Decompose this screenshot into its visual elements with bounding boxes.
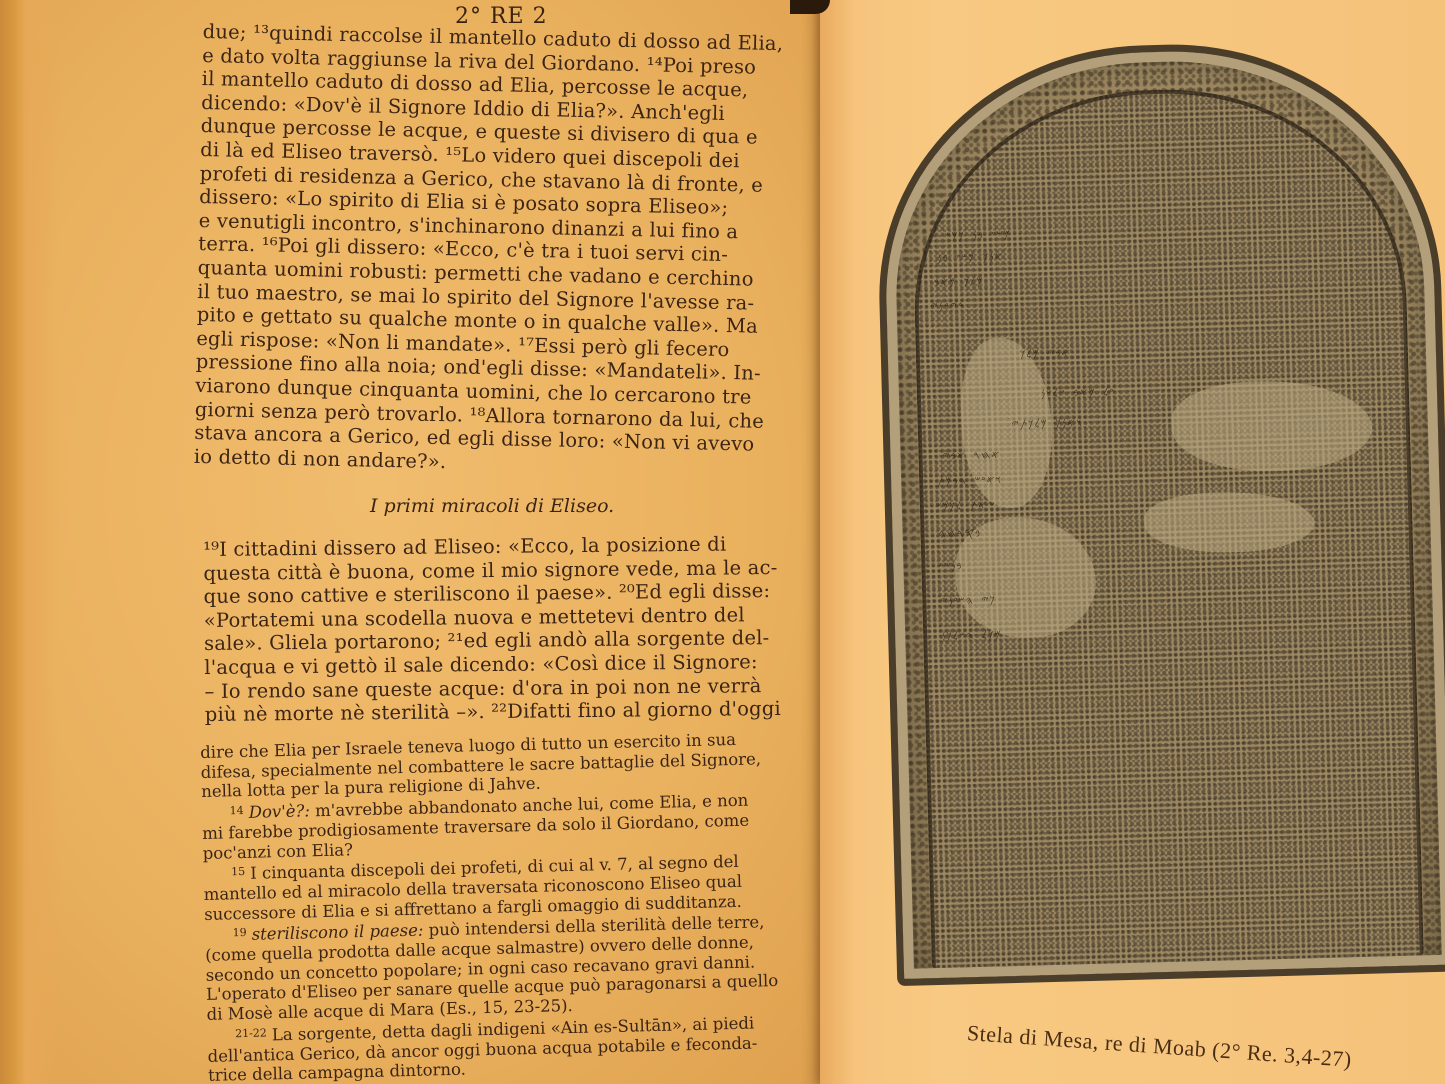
- inscription-line: 𐤅𐤀𐤍𐤊 𐤌𐤋𐤊𐤕𐤉: [1012, 416, 1083, 432]
- inscription-line: 𐤁𐤒𐤓𐤇𐤄: [938, 527, 981, 542]
- footnote-number: 14: [230, 804, 244, 817]
- stele-inscribed-face: 𐤌𐤔𐤏 𐤁𐤍 𐤊𐤌𐤔 𐤀𐤍𐤊 𐤌𐤔𐤏 𐤁𐤍 𐤌𐤋𐤊 𐤌𐤀𐤁 𐤃𐤉𐤁𐤍𐤉 𐤀𐤁𐤉 …: [909, 84, 1424, 969]
- section-text-block: ¹⁹I cittadini dissero ad Eliseo: «Ecco, …: [203, 532, 795, 727]
- open-book-spread: 2° RE 2 due; ¹³quindi raccolse il mantel…: [0, 0, 1445, 1084]
- stele-stone: 𐤌𐤔𐤏 𐤁𐤍 𐤊𐤌𐤔 𐤀𐤍𐤊 𐤌𐤔𐤏 𐤁𐤍 𐤌𐤋𐤊 𐤌𐤀𐤁 𐤃𐤉𐤁𐤍𐤉 𐤀𐤁𐤉 …: [873, 38, 1445, 986]
- inscription-line: 𐤀𐤍𐤊 𐤌𐤔𐤏 𐤁𐤍: [937, 250, 1004, 266]
- inscription-line: 𐤌𐤋𐤊 𐤌𐤀𐤁: [934, 275, 984, 290]
- inscription-line: 𐤁𐤍𐤔𐤏: [939, 559, 962, 574]
- footnote-number: 21-22: [235, 1026, 267, 1040]
- footnotes: dire che Elia per Israele teneva luogo d…: [200, 729, 798, 1084]
- inscription-line: 𐤊𐤉 𐤄𐤔𐤏𐤍𐤉: [940, 593, 996, 608]
- inscription-line: 𐤏𐤋 𐤌𐤀𐤁 𐤔𐤋𐤔𐤍: [1041, 385, 1115, 401]
- main-text-block: due; ¹³quindi raccolse il mantello cadut…: [194, 20, 793, 481]
- mesha-stele-illustration: 𐤌𐤔𐤏 𐤁𐤍 𐤊𐤌𐤔 𐤀𐤍𐤊 𐤌𐤔𐤏 𐤁𐤍 𐤌𐤋𐤊 𐤌𐤀𐤁 𐤃𐤉𐤁𐤍𐤉 𐤀𐤁𐤉 …: [868, 38, 1445, 982]
- inscription-line: 𐤃𐤉𐤁𐤍𐤉: [930, 299, 964, 314]
- text-line: più nè morte nè sterilità –». ²²Difatti …: [205, 697, 795, 727]
- stone-fragment-patch: [1171, 379, 1373, 474]
- footnote-number: 15: [231, 865, 245, 878]
- stone-fragment-patch: [1144, 490, 1316, 554]
- inscription-line: 𐤆𐤀𐤕 𐤋𐤊𐤌𐤔: [936, 498, 997, 514]
- footnote-lemma: Dov'è?:: [248, 801, 310, 821]
- section-heading: I primi miracoli di Eliseo.: [370, 495, 614, 517]
- inscription-line: 𐤀𐤁𐤉 𐤌𐤋𐤊: [1020, 346, 1071, 361]
- footnote-number: 19: [232, 926, 246, 939]
- left-page: 2° RE 2 due; ¹³quindi raccolse il mantel…: [0, 0, 835, 1084]
- inscription-line: 𐤌𐤔𐤏 𐤁𐤍 𐤊𐤌𐤔: [945, 228, 1011, 244]
- inscription-line: 𐤀𐤇𐤓 𐤀𐤁𐤉: [942, 448, 1000, 464]
- inscription-line: 𐤌𐤊𐤋 𐤄𐤔𐤋𐤊𐤍: [941, 628, 1002, 644]
- inscription-line: 𐤅𐤀𐤏𐤔 𐤄𐤁𐤌𐤕: [937, 473, 1002, 489]
